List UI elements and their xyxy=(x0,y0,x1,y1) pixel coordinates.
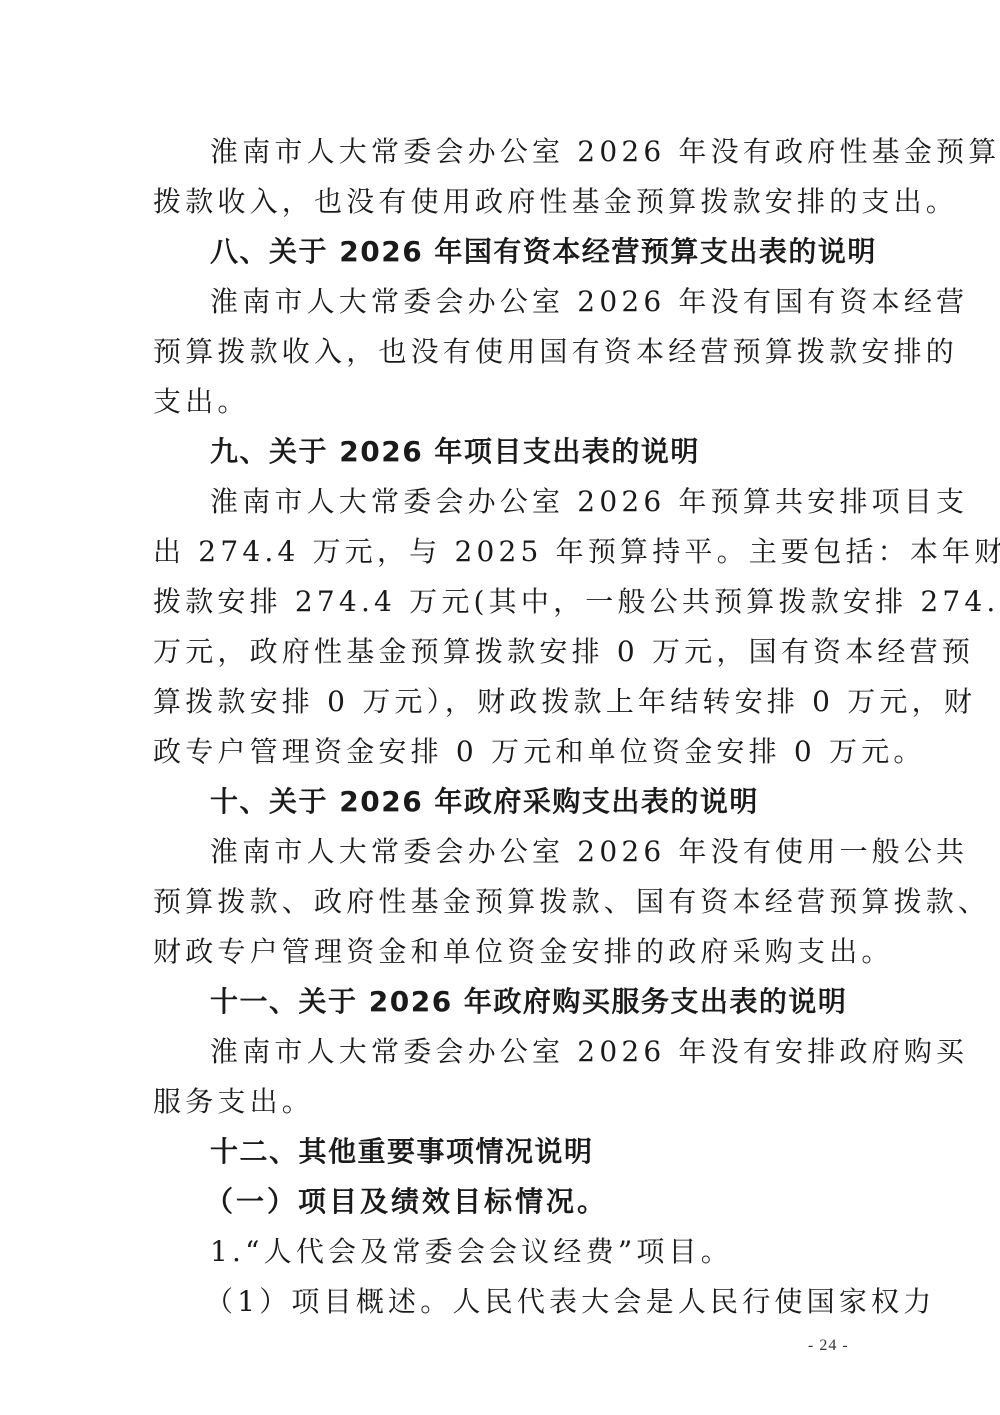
paragraph-line: 预算拨款收入，也没有使用国有资本经营预算拨款安排的 xyxy=(153,332,958,372)
paragraph-line: 服务支出。 xyxy=(153,1082,314,1122)
subsection-heading-1: （一）项目及绩效目标情况。 xyxy=(205,1182,608,1222)
paragraph-line: 支出。 xyxy=(153,382,250,422)
paragraph-line: 1.“人代会及常委会会议经费”项目。 xyxy=(210,1232,733,1272)
paragraph-line: 淮南市人大常委会办公室 2026 年没有国有资本经营 xyxy=(210,282,968,322)
paragraph-line: （1）项目概述。人民代表大会是人民行使国家权力 xyxy=(205,1282,935,1322)
section-heading-11: 十一、关于 2026 年政府购买服务支出表的说明 xyxy=(210,982,847,1022)
paragraph-line: 算拨款安排 0 万元），财政拨款上年结转安排 0 万元，财 xyxy=(153,682,976,722)
paragraph-line: 淮南市人大常委会办公室 2026 年没有使用一般公共 xyxy=(210,832,968,872)
section-heading-12: 十二、其他重要事项情况说明 xyxy=(210,1132,594,1172)
paragraph-line: 万元，政府性基金预算拨款安排 0 万元，国有资本经营预 xyxy=(153,632,974,672)
section-heading-10: 十、关于 2026 年政府采购支出表的说明 xyxy=(210,782,759,822)
paragraph-line: 预算拨款、政府性基金预算拨款、国有资本经营预算拨款、 xyxy=(153,882,990,922)
paragraph-line: 出 274.4 万元，与 2025 年预算持平。主要包括：本年财政 xyxy=(153,532,1000,572)
paragraph-line: 淮南市人大常委会办公室 2026 年没有政府性基金预算 xyxy=(210,132,1000,172)
paragraph-line: 财政专户管理资金和单位资金安排的政府采购支出。 xyxy=(153,932,894,972)
paragraph-line: 拨款收入，也没有使用政府性基金预算拨款安排的支出。 xyxy=(153,182,958,222)
section-heading-8: 八、关于 2026 年国有资本经营预算支出表的说明 xyxy=(210,232,877,272)
document-page: 淮南市人大常委会办公室 2026 年没有政府性基金预算 拨款收入，也没有使用政府… xyxy=(0,0,1000,1415)
section-heading-9: 九、关于 2026 年项目支出表的说明 xyxy=(210,432,700,472)
page-number: - 24 - xyxy=(808,1336,849,1356)
paragraph-line: 拨款安排 274.4 万元(其中，一般公共预算拨款安排 274.4 xyxy=(153,582,1000,622)
paragraph-line: 淮南市人大常委会办公室 2026 年预算共安排项目支 xyxy=(210,482,968,522)
paragraph-line: 政专户管理资金安排 0 万元和单位资金安排 0 万元。 xyxy=(153,732,926,772)
paragraph-line: 淮南市人大常委会办公室 2026 年没有安排政府购买 xyxy=(210,1032,968,1072)
